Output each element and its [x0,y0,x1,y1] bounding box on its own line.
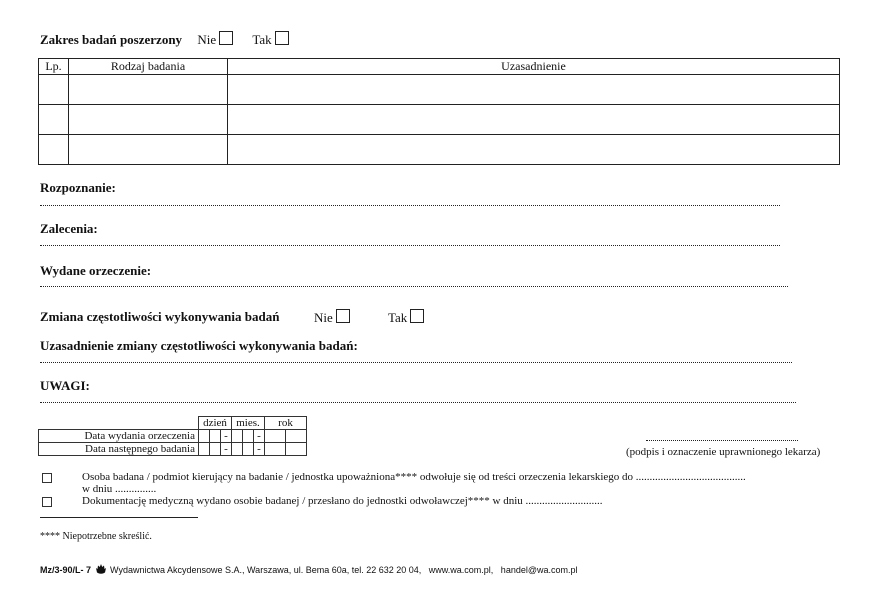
frequency-no-checkbox[interactable] [336,309,350,323]
option-appeal-checkbox[interactable] [42,473,52,483]
cell-exam-type[interactable] [69,105,228,135]
col-day: dzień [199,417,232,430]
remarks-label: UWAGI: [40,378,90,394]
cell-exam-type[interactable] [69,135,228,165]
date-row-next: Data następnego badania - - [39,443,307,456]
form-code: Mz/3-90/L- 7 [40,565,91,575]
recommendations-field[interactable] [40,245,780,246]
signature-field[interactable] [646,440,798,441]
certificate-label: Wydane orzeczenie: [40,263,151,279]
recommendations-label: Zalecenia: [40,221,98,237]
publisher-logo-icon [96,564,106,577]
frequency-change-row: Zmiana częstotliwości wykonywania badań … [40,309,460,325]
date-cell[interactable] [243,430,254,443]
option-appeal-subtext: w dniu ............... [82,483,156,495]
exam-table-header: Lp. Rodzaj badania Uzasadnienie [39,59,840,75]
footnote: **** Niepotrzebne skreślić. [40,531,152,542]
option-documentation-text: Dokumentację medyczną wydano osobie bada… [82,495,603,507]
date-cell[interactable] [286,443,307,456]
frequency-justification-field[interactable] [40,362,792,363]
cell-lp[interactable] [39,105,69,135]
frequency-change-label: Zmiana częstotliwości wykonywania badań [40,309,279,324]
frequency-yes-label: Tak [388,310,407,325]
date-cell[interactable] [232,430,243,443]
date-row-label: Data następnego badania [39,443,199,456]
date-table-header: dzień mies. rok [39,417,307,430]
cell-justification[interactable] [228,105,840,135]
diagnosis-field[interactable] [40,205,780,206]
col-year: rok [265,417,307,430]
date-row-issue: Data wydania orzeczenia - - [39,430,307,443]
date-row-label: Data wydania orzeczenia [39,430,199,443]
extended-scope-no-label: Nie [197,32,216,47]
date-cell[interactable] [265,430,286,443]
date-separator: - [221,430,232,443]
diagnosis-label: Rozpoznanie: [40,180,116,196]
publisher-info: Wydawnictwa Akcydensowe S.A., Warszawa, … [110,565,577,575]
option-documentation-checkbox[interactable] [42,497,52,507]
table-row [39,135,840,165]
extended-scope-yes-checkbox[interactable] [275,31,289,45]
table-row [39,105,840,135]
date-table: dzień mies. rok Data wydania orzeczenia … [38,416,307,456]
date-cell[interactable] [210,443,221,456]
certificate-field[interactable] [40,286,788,287]
cell-justification[interactable] [228,135,840,165]
exam-table: Lp. Rodzaj badania Uzasadnienie [38,58,840,165]
col-lp: Lp. [39,59,69,75]
table-row [39,75,840,105]
date-cell[interactable] [265,443,286,456]
date-cell[interactable] [243,443,254,456]
cell-exam-type[interactable] [69,75,228,105]
extended-scope-row: Zakres badań poszerzony Nie Tak [40,31,289,48]
footnote-divider [40,517,198,518]
frequency-justification-label: Uzasadnienie zmiany częstotliwości wykon… [40,338,358,354]
date-separator: - [254,443,265,456]
remarks-field[interactable] [40,402,796,403]
frequency-yes-checkbox[interactable] [410,309,424,323]
frequency-no-label: Nie [314,310,333,325]
date-cell[interactable] [232,443,243,456]
extended-scope-yes-label: Tak [252,32,271,47]
date-cell[interactable] [210,430,221,443]
date-separator: - [221,443,232,456]
date-separator: - [254,430,265,443]
option-appeal-text: Osoba badana / podmiot kierujący na bada… [82,471,746,483]
date-cell[interactable] [199,430,210,443]
col-justification: Uzasadnienie [228,59,840,75]
extended-scope-no-checkbox[interactable] [219,31,233,45]
col-exam-type: Rodzaj badania [69,59,228,75]
col-month: mies. [232,417,265,430]
date-cell[interactable] [199,443,210,456]
footer: Mz/3-90/L- 7 Wydawnictwa Akcydensowe S.A… [40,564,577,577]
cell-lp[interactable] [39,135,69,165]
signature-caption: (podpis i oznaczenie uprawnionego lekarz… [626,446,820,458]
cell-lp[interactable] [39,75,69,105]
cell-justification[interactable] [228,75,840,105]
extended-scope-label: Zakres badań poszerzony [40,32,182,47]
date-cell[interactable] [286,430,307,443]
